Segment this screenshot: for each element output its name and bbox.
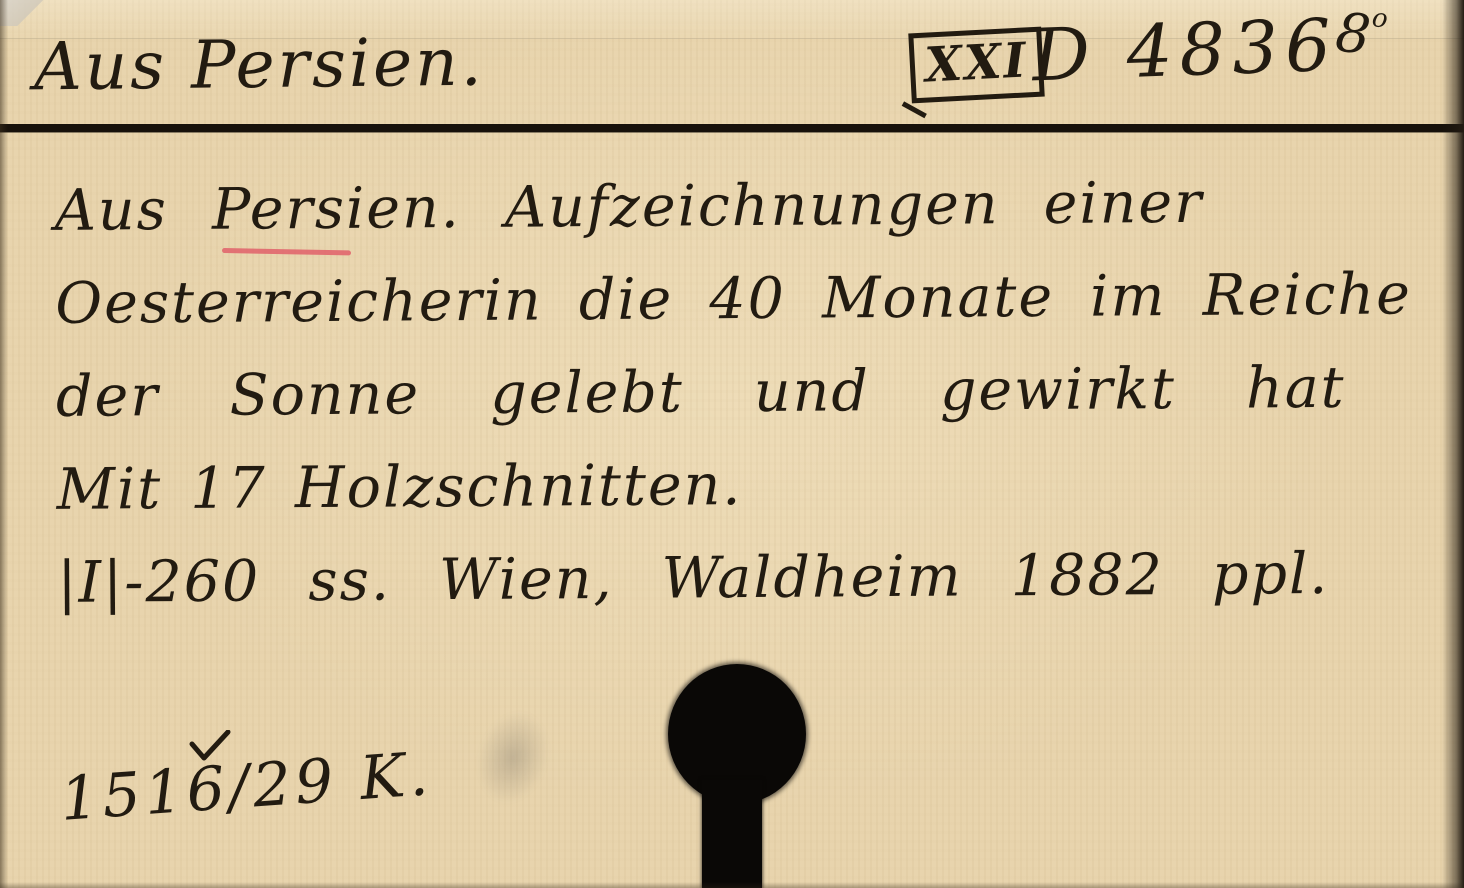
scan-edge-left — [0, 0, 8, 888]
call-number-series: XXI — [908, 27, 1044, 104]
format-superscript: o — [1371, 3, 1390, 34]
catalog-card: Aus Persien. XXI D 4836 8o Aus Persien. … — [0, 0, 1464, 888]
check-mark — [188, 730, 232, 762]
rod-hole-slot — [702, 780, 762, 888]
entry-imprint-line: |I|-260 ss. Wien, Waldheim 1882 ppl. — [57, 527, 1448, 630]
format-designation: 8o — [1333, 0, 1389, 68]
scan-edge-right — [1442, 0, 1464, 888]
entry-line-3: der Sonne gelebt und gewirkt hat — [56, 341, 1447, 444]
accession-number: 1516/29 K. — [58, 739, 434, 835]
entry-line-1: Aus Persien. Aufzeichnungen einer — [54, 155, 1445, 258]
entry-line-2: Oesterreicherin die 40 Monate im Reiche — [55, 248, 1446, 351]
call-number-shelfmark: D 4836 — [1031, 3, 1340, 98]
scan-edge-bottom — [0, 882, 1464, 888]
entry-title-word-red-underline: Persien. — [212, 162, 461, 257]
header-divider-rule — [0, 124, 1464, 132]
entry-line-1-pre: Aus — [54, 177, 212, 244]
format-number: 8 — [1333, 1, 1374, 67]
pencil-smudge — [465, 702, 561, 814]
entry-line-4: Mit 17 Holzschnitten. — [56, 434, 1447, 537]
card-heading: Aus Persien. — [34, 24, 485, 106]
entry-text: Aus Persien. Aufzeichnungen einer Oester… — [54, 155, 1447, 630]
entry-line-1-rest: Aufzeichnungen einer — [461, 170, 1204, 241]
